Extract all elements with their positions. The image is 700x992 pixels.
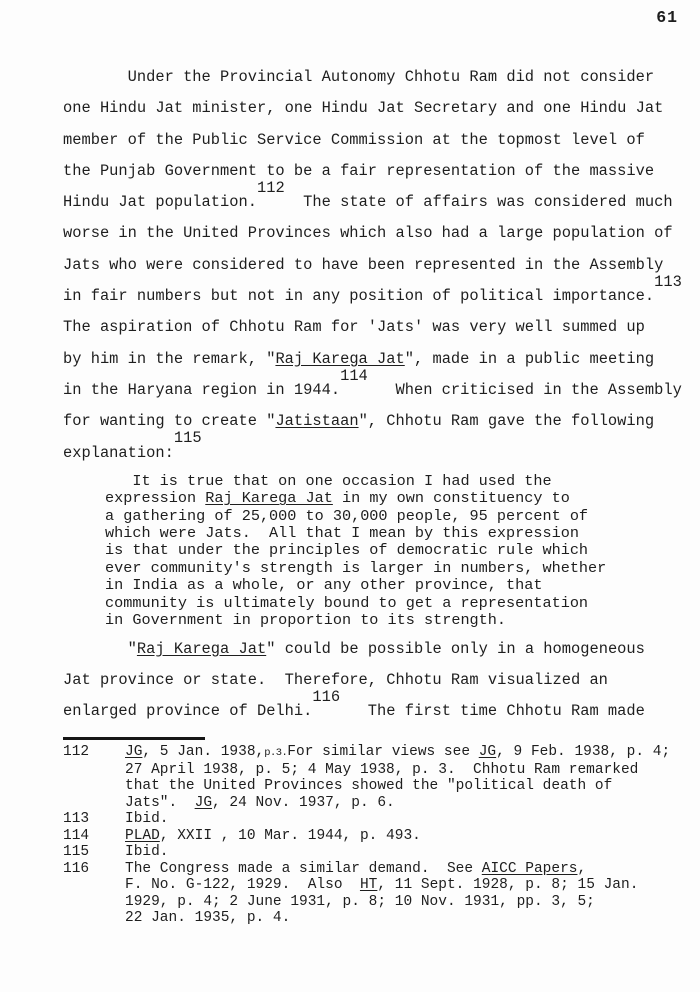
footnote-item: 112JG, 5 Jan. 1938,p.3.For similar views… — [63, 744, 693, 811]
footnote-text: The Congress made a similar demand. See … — [125, 861, 693, 927]
footnotes-section: 112JG, 5 Jan. 1938,p.3.For similar views… — [63, 744, 693, 927]
footnote-item: 113Ibid. — [63, 811, 693, 828]
footnote-item: 114PLAD, XXII , 10 Mar. 1944, p. 493. — [63, 828, 693, 845]
underlined-text: Raj Karega Jat — [137, 640, 266, 658]
main-text: Under the Provincial Autonomy Chhotu Ram… — [63, 62, 697, 727]
text-run: Ibid. — [125, 811, 169, 827]
text-run: in my own constituency to a gathering of… — [105, 489, 606, 629]
footnote-text: JG, 5 Jan. 1938,p.3.For similar views se… — [125, 744, 693, 811]
paragraph-1: Under the Provincial Autonomy Chhotu Ram… — [63, 62, 697, 469]
text-run: Under the Provincial Autonomy Chhotu Ram… — [63, 68, 663, 211]
footnote-marker: 112 — [257, 179, 285, 197]
text-run: " — [63, 640, 137, 658]
blockquote: It is true that on one occasion I had us… — [105, 473, 697, 630]
text-run: , 5 Jan. 1938, — [142, 744, 264, 760]
underlined-text: HT — [360, 877, 377, 893]
underlined-text: Raj Karega Jat — [275, 350, 404, 368]
footnote-marker: 113 — [654, 273, 682, 291]
footnote-number: 114 — [63, 828, 125, 845]
text-run: For similar views see — [287, 744, 478, 760]
footnote-text: Ibid. — [125, 811, 693, 828]
underlined-text: JG — [479, 744, 496, 760]
footnote-marker: 114 — [340, 367, 368, 385]
footnote-item: 116The Congress made a similar demand. S… — [63, 861, 693, 927]
page-number: 61 — [656, 8, 678, 27]
text-run: p.3. — [264, 747, 287, 759]
text-run: The first time Chhotu Ram made — [340, 702, 645, 720]
footnote-number: 116 — [63, 861, 125, 878]
footnote-text: Ibid. — [125, 844, 693, 861]
underlined-text: JG — [195, 795, 212, 811]
underlined-text: Raj Karega Jat — [205, 489, 333, 507]
text-run: , 24 Nov. 1937, p. 6. — [212, 795, 395, 811]
underlined-text: AICC Papers — [482, 861, 578, 877]
footnote-marker: 115 — [174, 429, 202, 447]
footnote-marker: 116 — [312, 688, 340, 706]
footnote-text: PLAD, XXII , 10 Mar. 1944, p. 493. — [125, 828, 693, 845]
underlined-text: PLAD — [125, 828, 160, 844]
footnote-item: 115Ibid. — [63, 844, 693, 861]
footnote-divider — [63, 737, 205, 740]
footnote-number: 113 — [63, 811, 125, 828]
underlined-text: Jatistaan — [275, 412, 358, 430]
text-run: The Congress made a similar demand. See — [125, 861, 482, 877]
text-run: Ibid. — [125, 844, 169, 860]
underlined-text: JG — [125, 744, 142, 760]
document-page: 61 Under the Provincial Autonomy Chhotu … — [0, 0, 700, 992]
text-run: , XXII , 10 Mar. 1944, p. 493. — [160, 828, 421, 844]
footnote-number: 115 — [63, 844, 125, 861]
paragraph-2: "Raj Karega Jat" could be possible only … — [63, 634, 697, 728]
footnote-number: 112 — [63, 744, 125, 761]
